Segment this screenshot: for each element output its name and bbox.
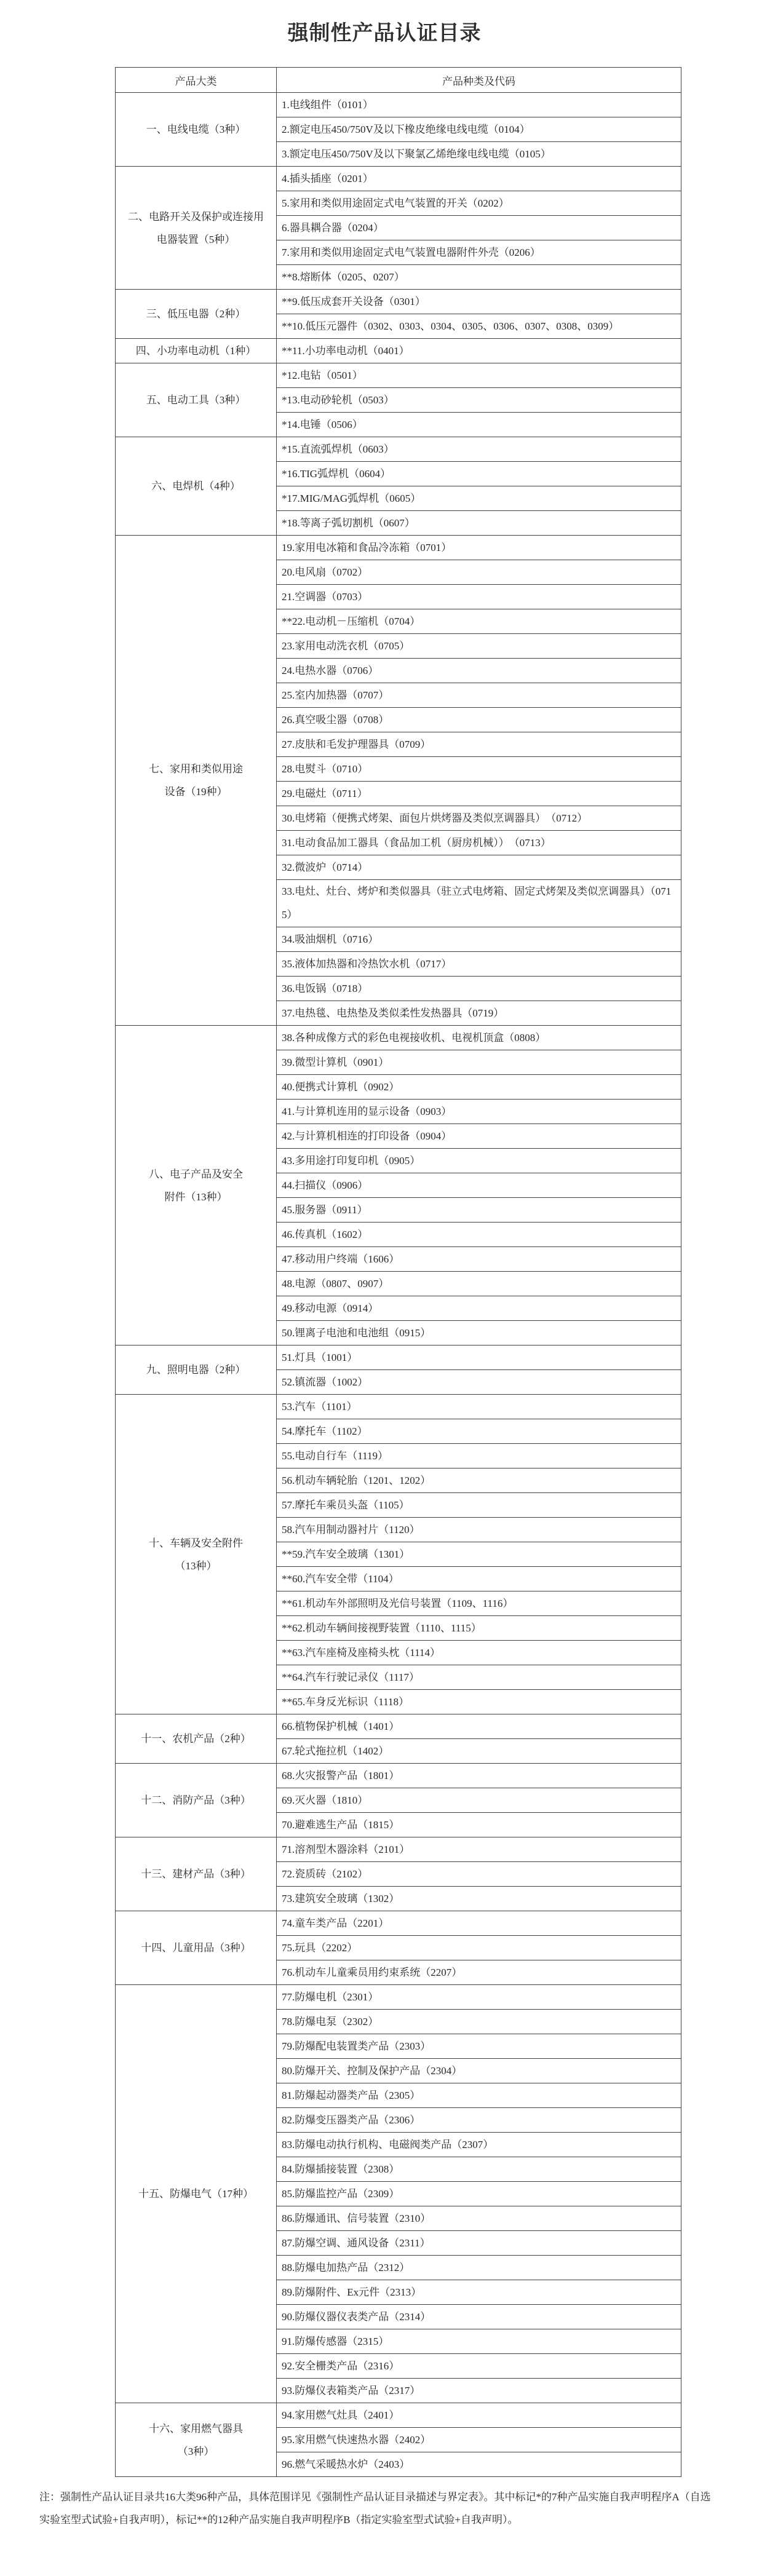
product-cell: 83.防爆电动执行机构、电磁阀类产品（2307） <box>277 2133 681 2157</box>
product-cell: *18.等离子弧切割机（0607） <box>277 511 681 536</box>
product-cell: **22.电动机－压缩机（0704） <box>277 609 681 634</box>
product-cell: 57.摩托车乘员头盔（1105） <box>277 1493 681 1518</box>
product-cell: 6.器具耦合器（0204） <box>277 216 681 240</box>
certification-table-body: 一、电线电缆（3种）1.电线组件（0101）2.额定电压450/750V及以下橡… <box>116 93 681 2477</box>
product-cell: 75.玩具（2202） <box>277 1936 681 1960</box>
category-cell: 十二、消防产品（3种） <box>116 1764 277 1837</box>
product-cell: 26.真空吸尘器（0708） <box>277 708 681 732</box>
product-cell: 52.镇流器（1002） <box>277 1370 681 1395</box>
product-cell: 51.灯具（1001） <box>277 1345 681 1370</box>
product-cell: 80.防爆开关、控制及保护产品（2304） <box>277 2059 681 2083</box>
product-cell: 27.皮肤和毛发护理器具（0709） <box>277 732 681 757</box>
product-cell: 28.电熨斗（0710） <box>277 757 681 782</box>
table-row: 二、电路开关及保护或连接用 电器装置（5种）4.插头插座（0201） <box>116 167 681 191</box>
table-row: 九、照明电器（2种）51.灯具（1001） <box>116 1345 681 1370</box>
product-cell: 35.液体加热器和冷热饮水机（0717） <box>277 952 681 977</box>
product-cell: 96.燃气采暖热水炉（2403） <box>277 2452 681 2477</box>
product-cell: 85.防爆监控产品（2309） <box>277 2182 681 2206</box>
category-cell: 七、家用和类似用途 设备（19种） <box>116 536 277 1026</box>
table-row: 六、电焊机（4种）*15.直流弧焊机（0603） <box>116 437 681 462</box>
product-cell: 53.汽车（1101） <box>277 1395 681 1419</box>
product-cell: 50.锂离子电池和电池组（0915） <box>277 1321 681 1345</box>
product-cell: **8.熔断体（0205、0207） <box>277 265 681 290</box>
product-cell: *17.MIG/MAG弧焊机（0605） <box>277 486 681 511</box>
table-row: 十五、防爆电气（17种）77.防爆电机（2301） <box>116 1985 681 2010</box>
product-cell: 33.电灶、灶台、烤炉和类似器具（驻立式电烤箱、固定式烤架及类似烹调器具）（07… <box>277 880 681 927</box>
table-header: 产品大类 产品种类及代码 <box>116 68 681 93</box>
product-cell: *14.电锤（0506） <box>277 413 681 437</box>
product-cell: 2.额定电压450/750V及以下橡皮绝缘电线电缆（0104） <box>277 117 681 142</box>
product-cell: 34.吸油烟机（0716） <box>277 927 681 952</box>
product-cell: 74.童车类产品（2201） <box>277 1911 681 1936</box>
product-cell: 3.额定电压450/750V及以下聚氯乙烯绝缘电线电缆（0105） <box>277 142 681 167</box>
certification-catalog-table: 产品大类 产品种类及代码 一、电线电缆（3种）1.电线组件（0101）2.额定电… <box>115 67 681 2477</box>
category-cell: 十、车辆及安全附件 （13种） <box>116 1395 277 1714</box>
page-title: 强制性产品认证目录 <box>0 16 769 46</box>
table-row: 四、小功率电动机（1种）**11.小功率电动机（0401） <box>116 339 681 363</box>
product-cell: 32.微波炉（0714） <box>277 855 681 880</box>
product-cell: 39.微型计算机（0901） <box>277 1050 681 1075</box>
product-cell: 41.与计算机连用的显示设备（0903） <box>277 1100 681 1124</box>
product-cell: **65.车身反光标识（1118） <box>277 1690 681 1714</box>
product-cell: 43.多用途打印复印机（0905） <box>277 1149 681 1173</box>
table-row: 十二、消防产品（3种）68.火灾报警产品（1801） <box>116 1764 681 1788</box>
product-cell: 55.电动自行车（1119） <box>277 1444 681 1468</box>
product-cell: 94.家用燃气灶具（2401） <box>277 2403 681 2428</box>
product-cell: 58.汽车用制动器衬片（1120） <box>277 1518 681 1542</box>
category-cell: 一、电线电缆（3种） <box>116 93 277 167</box>
product-cell: 88.防爆电加热产品（2312） <box>277 2256 681 2280</box>
product-cell: 82.防爆变压器类产品（2306） <box>277 2108 681 2133</box>
product-cell: *12.电钻（0501） <box>277 363 681 388</box>
category-cell: 十四、儿童用品（3种） <box>116 1911 277 1985</box>
product-cell: **63.汽车座椅及座椅头枕（1114） <box>277 1641 681 1665</box>
product-cell: 68.火灾报警产品（1801） <box>277 1764 681 1788</box>
product-cell: 7.家用和类似用途固定式电气装置电器附件外壳（0206） <box>277 240 681 265</box>
category-cell: 六、电焊机（4种） <box>116 437 277 536</box>
product-cell: 42.与计算机相连的打印设备（0904） <box>277 1124 681 1149</box>
product-cell: 19.家用电冰箱和食品冷冻箱（0701） <box>277 536 681 560</box>
product-cell: 81.防爆起动器类产品（2305） <box>277 2083 681 2108</box>
product-cell: 38.各种成像方式的彩色电视接收机、电视机顶盒（0808） <box>277 1026 681 1050</box>
product-cell: 91.防爆传感器（2315） <box>277 2329 681 2354</box>
product-cell: **59.汽车安全玻璃（1301） <box>277 1542 681 1567</box>
product-cell: *15.直流弧焊机（0603） <box>277 437 681 462</box>
product-cell: 71.溶剂型木器涂料（2101） <box>277 1837 681 1862</box>
product-cell: 48.电源（0807、0907） <box>277 1272 681 1296</box>
product-cell: **10.低压元器件（0302、0303、0304、0305、0306、0307… <box>277 314 681 339</box>
product-cell: **60.汽车安全带（1104） <box>277 1567 681 1591</box>
product-cell: 47.移动用户终端（1606） <box>277 1247 681 1272</box>
product-cell: 56.机动车辆轮胎（1201、1202） <box>277 1468 681 1493</box>
column-header-products: 产品种类及代码 <box>277 68 681 93</box>
product-cell: *13.电动砂轮机（0503） <box>277 388 681 413</box>
product-cell: **64.汽车行驶记录仪（1117） <box>277 1665 681 1690</box>
table-row: 十四、儿童用品（3种）74.童车类产品（2201） <box>116 1911 681 1936</box>
page: { "colors":{ "text":"#262626", "border":… <box>0 16 778 2576</box>
product-cell: 79.防爆配电装置类产品（2303） <box>277 2034 681 2059</box>
header-row: 产品大类 产品种类及代码 <box>116 68 681 93</box>
category-cell: 十三、建材产品（3种） <box>116 1837 277 1911</box>
product-cell: 24.电热水器（0706） <box>277 659 681 683</box>
category-cell: 十五、防爆电气（17种） <box>116 1985 277 2403</box>
product-cell: 49.移动电源（0914） <box>277 1296 681 1321</box>
category-cell: 三、低压电器（2种） <box>116 290 277 339</box>
product-cell: 1.电线组件（0101） <box>277 93 681 117</box>
footnote: 注：强制性产品认证目录共16大类96种产品，具体范围详见《强制性产品认证目录描述… <box>39 2486 713 2531</box>
product-cell: **9.低压成套开关设备（0301） <box>277 290 681 314</box>
table-row: 五、电动工具（3种）*12.电钻（0501） <box>116 363 681 388</box>
product-cell: *16.TIG弧焊机（0604） <box>277 462 681 486</box>
product-cell: 5.家用和类似用途固定式电气装置的开关（0202） <box>277 191 681 216</box>
product-cell: **62.机动车辆间接视野装置（1110、1115） <box>277 1616 681 1641</box>
product-cell: 93.防爆仪表箱类产品（2317） <box>277 2379 681 2403</box>
product-cell: 84.防爆插接装置（2308） <box>277 2157 681 2182</box>
product-cell: 86.防爆通讯、信号装置（2310） <box>277 2206 681 2231</box>
product-cell: 23.家用电动洗衣机（0705） <box>277 634 681 659</box>
product-cell: 40.便携式计算机（0902） <box>277 1075 681 1100</box>
product-cell: 29.电磁灶（0711） <box>277 782 681 806</box>
category-cell: 九、照明电器（2种） <box>116 1345 277 1395</box>
category-cell: 十六、家用燃气器具 （3种） <box>116 2403 277 2477</box>
table-row: 十六、家用燃气器具 （3种）94.家用燃气灶具（2401） <box>116 2403 681 2428</box>
product-cell: 25.室内加热器（0707） <box>277 683 681 708</box>
product-cell: 30.电烤箱（便携式烤架、面包片烘烤器及类似烹调器具） （0712） <box>277 806 681 831</box>
product-cell: 45.服务器（0911） <box>277 1198 681 1223</box>
product-cell: 46.传真机（1602） <box>277 1223 681 1247</box>
table-row: 十、车辆及安全附件 （13种）53.汽车（1101） <box>116 1395 681 1419</box>
category-cell: 八、电子产品及安全 附件（13种） <box>116 1026 277 1345</box>
product-cell: 92.安全栅类产品（2316） <box>277 2354 681 2379</box>
product-cell: 66.植物保护机械（1401） <box>277 1714 681 1739</box>
product-cell: 37.电热毯、电热垫及类似柔性发热器具（0719） <box>277 1001 681 1026</box>
table-row: 八、电子产品及安全 附件（13种）38.各种成像方式的彩色电视接收机、电视机顶盒… <box>116 1026 681 1050</box>
table-row: 十三、建材产品（3种）71.溶剂型木器涂料（2101） <box>116 1837 681 1862</box>
product-cell: 77.防爆电机（2301） <box>277 1985 681 2010</box>
product-cell: 31.电动食品加工器具（食品加工机（厨房机械）） （0713） <box>277 831 681 855</box>
table-row: 十一、农机产品（2种）66.植物保护机械（1401） <box>116 1714 681 1739</box>
product-cell: 73.建筑安全玻璃（1302） <box>277 1887 681 1911</box>
category-cell: 二、电路开关及保护或连接用 电器装置（5种） <box>116 167 277 290</box>
product-cell: 78.防爆电泵（2302） <box>277 2010 681 2034</box>
product-cell: 20.电风扇（0702） <box>277 560 681 585</box>
category-cell: 四、小功率电动机（1种） <box>116 339 277 363</box>
table-row: 七、家用和类似用途 设备（19种）19.家用电冰箱和食品冷冻箱（0701） <box>116 536 681 560</box>
product-cell: **61.机动车外部照明及光信号装置（1109、1116） <box>277 1591 681 1616</box>
product-cell: 21.空调器（0703） <box>277 585 681 609</box>
product-cell: 87.防爆空调、通风设备（2311） <box>277 2231 681 2256</box>
product-cell: 67.轮式拖拉机（1402） <box>277 1739 681 1764</box>
table-row: 三、低压电器（2种）**9.低压成套开关设备（0301） <box>116 290 681 314</box>
product-cell: 76.机动车儿童乘员用约束系统（2207） <box>277 1960 681 1985</box>
product-cell: 89.防爆附件、Ex元件（2313） <box>277 2280 681 2305</box>
product-cell: 4.插头插座（0201） <box>277 167 681 191</box>
product-cell: 36.电饭锅（0718） <box>277 977 681 1001</box>
product-cell: **11.小功率电动机（0401） <box>277 339 681 363</box>
column-header-category: 产品大类 <box>116 68 277 93</box>
table-row: 一、电线电缆（3种）1.电线组件（0101） <box>116 93 681 117</box>
product-cell: 70.避难逃生产品（1815） <box>277 1813 681 1837</box>
category-cell: 五、电动工具（3种） <box>116 363 277 437</box>
product-cell: 72.瓷质砖（2102） <box>277 1862 681 1887</box>
product-cell: 95.家用燃气快速热水器（2402） <box>277 2428 681 2452</box>
product-cell: 54.摩托车（1102） <box>277 1419 681 1444</box>
product-cell: 69.灭火器（1810） <box>277 1788 681 1813</box>
product-cell: 90.防爆仪器仪表类产品（2314） <box>277 2305 681 2329</box>
product-cell: 44.扫描仪（0906） <box>277 1173 681 1198</box>
category-cell: 十一、农机产品（2种） <box>116 1714 277 1764</box>
